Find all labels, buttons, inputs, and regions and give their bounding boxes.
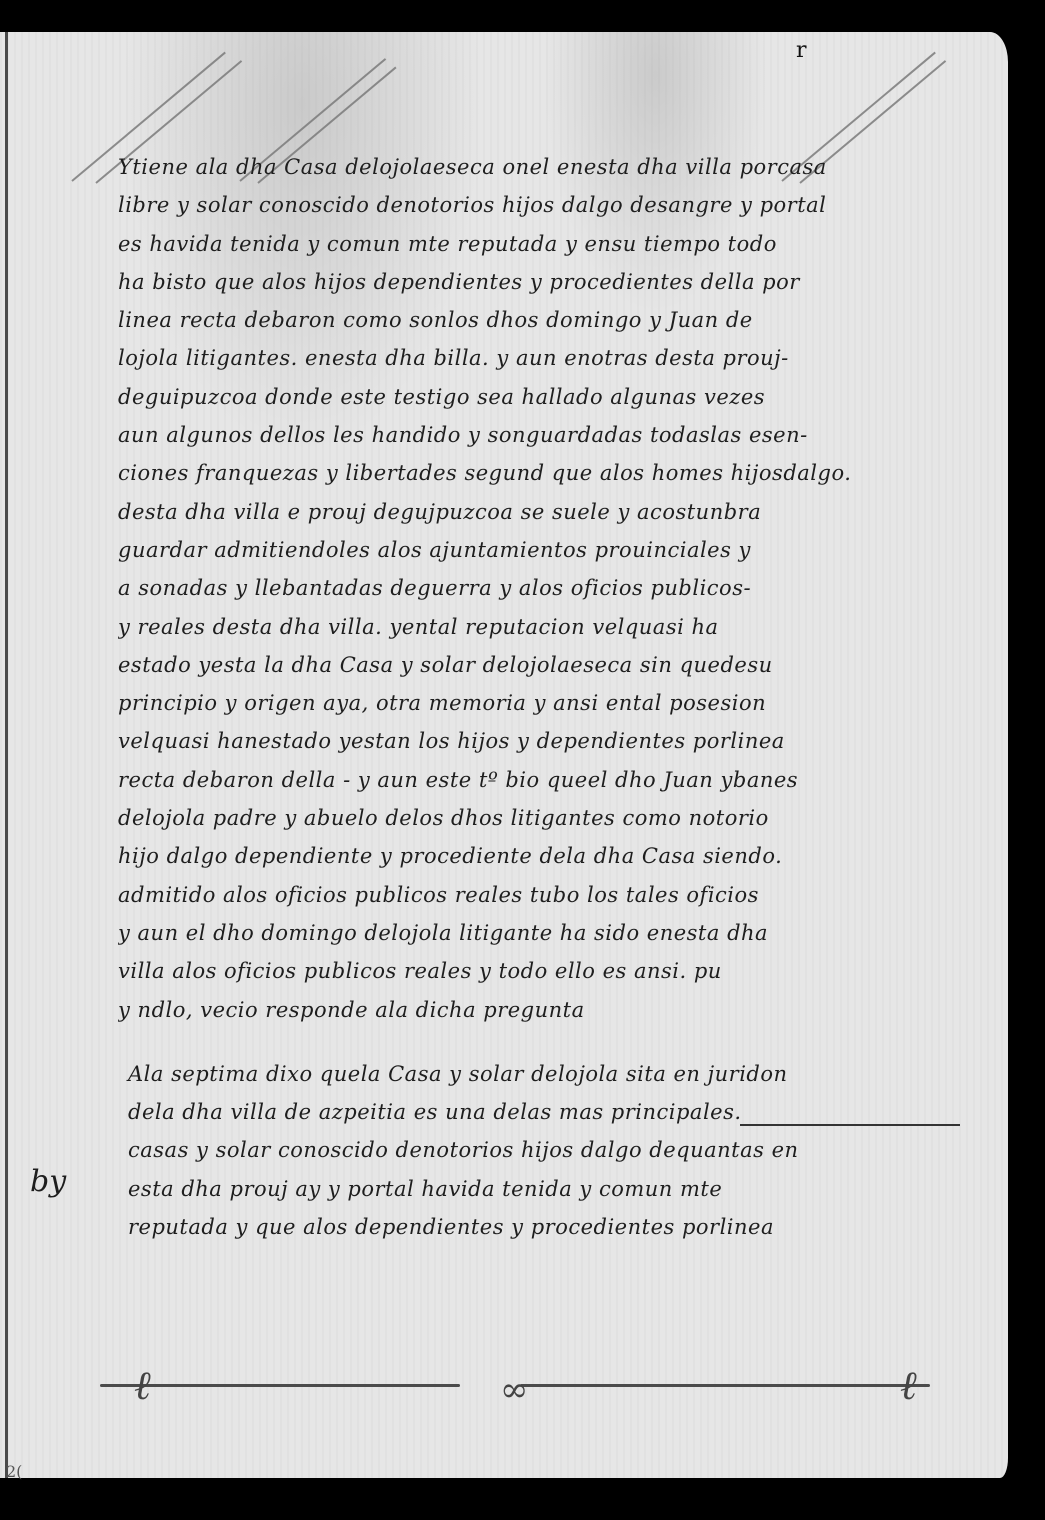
text-line: villa alos oficios publicos reales y tod… [118,952,948,990]
margin-note: by [30,1164,66,1199]
manuscript-text: Ytiene ala dha Casa delojolaeseca onel e… [118,148,948,1246]
text-line: aun algunos dellos les handido y songuar… [118,416,948,454]
text-line: libre y solar conoscido denotorios hijos… [118,186,948,224]
rubric-line-right [520,1384,930,1387]
text-line: y aun el dho domingo delojola litigante … [118,914,948,952]
binding-edge [5,32,8,1478]
text-line: principio y origen aya, otra memoria y a… [118,684,948,722]
text-line: Ala septima dixo quela Casa y solar delo… [118,1055,948,1093]
text-line: a sonadas y llebantadas deguerra y alos … [118,569,948,607]
paragraph-2: Ala septima dixo quela Casa y solar delo… [118,1055,948,1246]
text-line: Ytiene ala dha Casa delojolaeseca onel e… [118,148,948,186]
top-mark: r [796,38,807,63]
text-line: delojola padre y abuelo delos dhos litig… [118,799,948,837]
text-line: ha bisto que alos hijos dependientes y p… [118,263,948,301]
end-of-answer-rule [740,1124,960,1126]
paragraph-1: Ytiene ala dha Casa delojolaeseca onel e… [118,148,948,1029]
rubric-flourish-left: ℓ [134,1362,151,1409]
text-line: desta dha villa e prouj degujpuzcoa se s… [118,493,948,531]
text-line: velquasi hanestado yestan los hijos y de… [118,722,948,760]
text-line: ciones franquezas y libertades segund qu… [118,454,948,492]
text-line: deguipuzcoa donde este testigo sea halla… [118,378,948,416]
text-line: y ndlo, vecio responde ala dicha pregunt… [118,991,948,1029]
text-line: admitido alos oficios publicos reales tu… [118,876,948,914]
text-line: casas y solar conoscido denotorios hijos… [118,1131,948,1169]
rubric-line-left [100,1384,460,1387]
text-line: recta debaron della - y aun este tº bio … [118,761,948,799]
rubric-flourish-right: ℓ [900,1362,917,1409]
text-line: guardar admitiendoles alos ajuntamientos… [118,531,948,569]
folio-number: 2( [6,1462,22,1481]
text-line: y reales desta dha villa. yental reputac… [118,608,948,646]
text-line: esta dha prouj ay y portal havida tenida… [118,1170,948,1208]
text-line: hijo dalgo dependiente y procediente del… [118,837,948,875]
text-line: lojola litigantes. enesta dha billa. y a… [118,339,948,377]
text-line: estado yesta la dha Casa y solar delojol… [118,646,948,684]
text-line: reputada y que alos dependientes y proce… [118,1208,948,1246]
text-line: es havida tenida y comun mte reputada y … [118,225,948,263]
text-line: linea recta debaron como sonlos dhos dom… [118,301,948,339]
rubric-flourish-center: ∞ [500,1370,528,1410]
